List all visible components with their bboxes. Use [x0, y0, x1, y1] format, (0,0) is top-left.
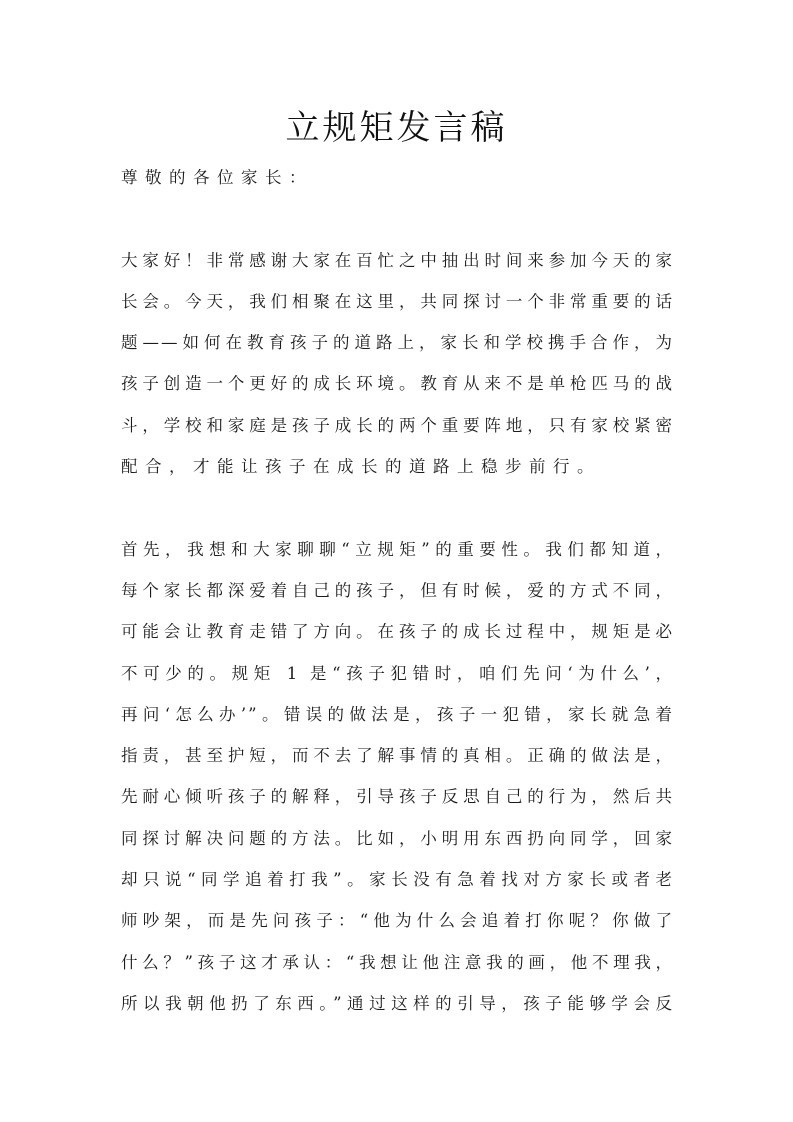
- text-line: 却只说“同学追着打我”。家长没有急着找对方家长或者老: [121, 859, 674, 900]
- text-line: 每个家长都深爱着自己的孩子，但有时候，爱的方式不同，: [121, 570, 674, 611]
- text-line: 可能会让教育走错了方向。在孩子的成长过程中，规矩是必: [121, 611, 674, 652]
- blank-line: [121, 198, 674, 239]
- text-line: 再问‘怎么办’”。错误的做法是，孩子一犯错，家长就急着: [121, 694, 674, 735]
- text-line: 孩子创造一个更好的成长环境。教育从来不是单枪匹马的战: [121, 363, 674, 404]
- text-line: 师吵架，而是先问孩子：“他为什么会追着打你呢？你做了: [121, 900, 674, 941]
- text-line: 题——如何在教育孩子的道路上，家长和学校携手合作，为: [121, 322, 674, 363]
- salutation: 尊敬的各位家长：: [121, 157, 674, 198]
- document-page: 立规矩发言稿 尊敬的各位家长： 大家好！非常感谢大家在百忙之中抽出时间来参加今天…: [0, 0, 793, 1122]
- text-line: 指责，甚至护短，而不去了解事情的真相。正确的做法是，: [121, 735, 674, 776]
- text-line: 大家好！非常感谢大家在百忙之中抽出时间来参加今天的家: [121, 240, 674, 281]
- text-line: 首先，我想和大家聊聊“立规矩”的重要性。我们都知道，: [121, 529, 674, 570]
- text-line: 先耐心倾听孩子的解释，引导孩子反思自己的行为，然后共: [121, 776, 674, 817]
- text-line: 什么？”孩子这才承认：“我想让他注意我的画，他不理我，: [121, 942, 674, 983]
- blank-line: [121, 487, 674, 528]
- text-line: 同探讨解决问题的方法。比如，小明用东西扔向同学，回家: [121, 818, 674, 859]
- paragraph-rules: 首先，我想和大家聊聊“立规矩”的重要性。我们都知道， 每个家长都深爱着自己的孩子…: [121, 529, 674, 1025]
- text-line: 不可少的。规矩 1 是“孩子犯错时，咱们先问‘为什么’，: [121, 653, 674, 694]
- document-title: 立规矩发言稿: [0, 104, 793, 152]
- paragraph-greeting: 大家好！非常感谢大家在百忙之中抽出时间来参加今天的家 长会。今天，我们相聚在这里…: [121, 240, 674, 488]
- text-line: 配合，才能让孩子在成长的道路上稳步前行。: [121, 446, 674, 487]
- text-line: 所以我朝他扔了东西。”通过这样的引导，孩子能够学会反: [121, 983, 674, 1024]
- text-line: 斗，学校和家庭是孩子成长的两个重要阵地，只有家校紧密: [121, 405, 674, 446]
- text-line: 长会。今天，我们相聚在这里，共同探讨一个非常重要的话: [121, 281, 674, 322]
- document-body: 尊敬的各位家长： 大家好！非常感谢大家在百忙之中抽出时间来参加今天的家 长会。今…: [121, 157, 674, 1024]
